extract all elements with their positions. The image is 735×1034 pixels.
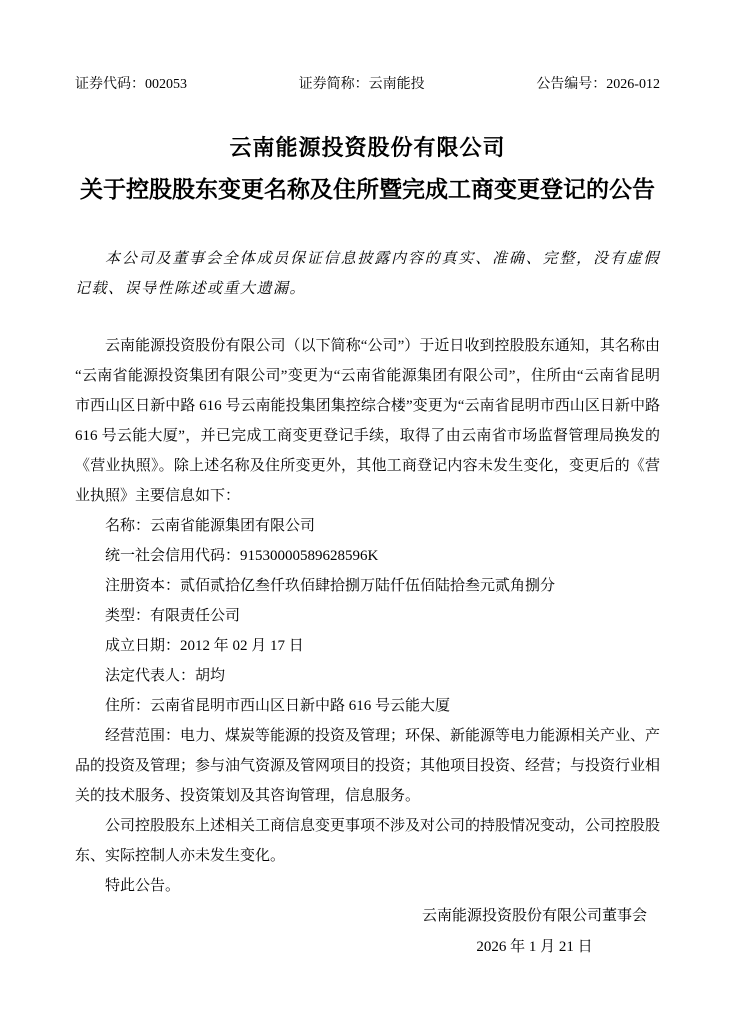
license-info-credit-code: 统一社会信用代码：91530000589628596K [75,541,660,571]
disclaimer-text: 本公司及董事会全体成员保证信息披露内容的真实、准确、完整，没有虚假记载、误导性陈… [75,244,660,304]
business-scope-paragraph: 经营范围：电力、煤炭等能源的投资及管理；环保、新能源等电力能源相关产业、产品的投… [75,721,660,811]
intro-paragraph: 云南能源投资股份有限公司（以下简称“公司”）于近日收到控股股东通知，其名称由“云… [75,331,660,511]
license-info-registered-capital: 注册资本：贰佰贰拾亿叁仟玖佰肆拾捌万陆仟伍佰陆拾叁元贰角捌分 [75,571,660,601]
announcement-subject-title: 关于控股股东变更名称及住所暨完成工商变更登记的公告 [75,174,660,206]
license-info-name: 名称：云南省能源集团有限公司 [75,511,660,541]
signature-date: 2026 年 1 月 21 日 [476,931,592,963]
document-header: 证券代码：002053 证券简称：云南能投 公告编号：2026-012 [75,76,660,94]
stock-code: 证券代码：002053 [75,76,187,94]
signature-block: 云南能源投资股份有限公司董事会 2026 年 1 月 21 日 [422,901,647,963]
stock-abbreviation: 证券简称：云南能投 [299,76,425,94]
announcement-page: 证券代码：002053 证券简称：云南能投 公告编号：2026-012 云南能源… [0,0,735,1034]
license-info-establish-date: 成立日期：2012 年 02 月 17 日 [75,631,660,661]
license-info-list: 名称：云南省能源集团有限公司 统一社会信用代码：9153000058962859… [75,511,660,721]
announcement-number: 公告编号：2026-012 [536,76,660,94]
license-info-legal-representative: 法定代表人：胡均 [75,661,660,691]
closing-line: 特此公告。 [75,871,660,901]
signature-issuer: 云南能源投资股份有限公司董事会 [422,901,647,931]
shareholding-unchanged-paragraph: 公司控股股东上述相关工商信息变更事项不涉及对公司的持股情况变动，公司控股股东、实… [75,811,660,871]
license-info-company-type: 类型：有限责任公司 [75,601,660,631]
company-name-title: 云南能源投资股份有限公司 [75,134,660,162]
license-info-address: 住所：云南省昆明市西山区日新中路 616 号云能大厦 [75,691,660,721]
